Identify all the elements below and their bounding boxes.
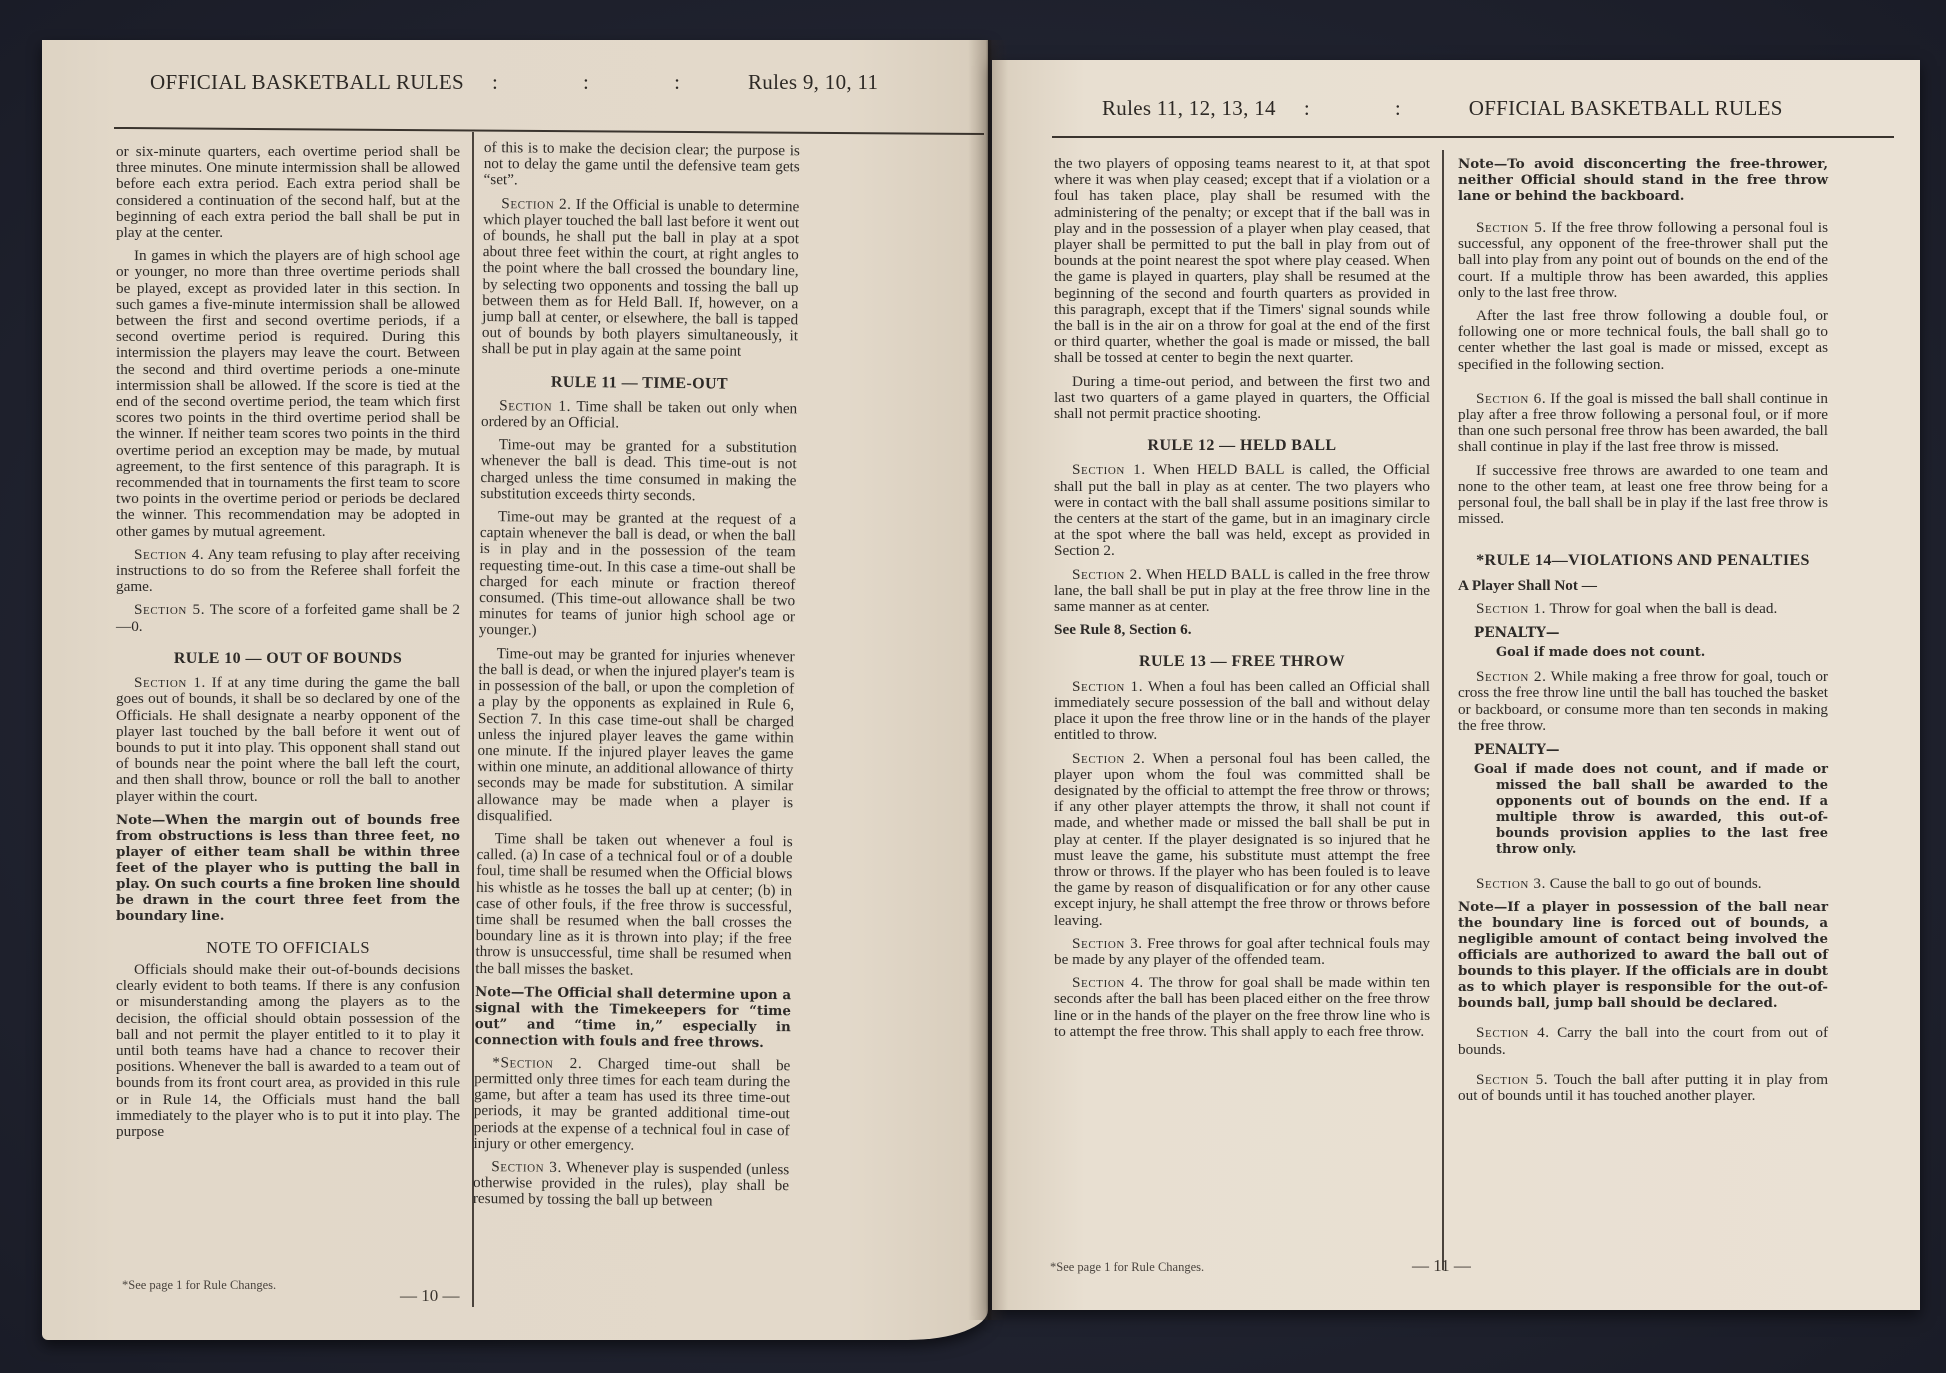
section-label: Section 2. xyxy=(1072,750,1145,767)
rule-14-section-5: Section 5. Touch the ball after putting … xyxy=(1458,1072,1828,1104)
section-text: When a personal foul has been called, th… xyxy=(1054,750,1430,929)
note-to-officials-heading: NOTE TO OFFICIALS xyxy=(116,940,460,956)
section-label: Section 1. xyxy=(1476,600,1546,617)
rule-11-section-1: Section 1. Time shall be taken out only … xyxy=(481,398,797,434)
paragraph: Time-out may be granted for injuries whe… xyxy=(477,646,795,828)
right-page: Rules 11, 12, 13, 14 : : OFFICIAL BASKET… xyxy=(992,60,1920,1310)
rule-14-subheading: A Player Shall Not — xyxy=(1458,578,1828,594)
section-label: Section 3. xyxy=(1476,875,1546,892)
right-running-title: OFFICIAL BASKETBALL RULES xyxy=(1469,96,1783,121)
paragraph: Time shall be taken out whenever a foul … xyxy=(475,831,793,980)
left-running-head: OFFICIAL BASKETBALL RULES : : : Rules 9,… xyxy=(150,70,878,95)
section-text: Charged time-out shall be permitted only… xyxy=(473,1055,790,1153)
right-column-2: Note—To avoid disconcerting the free-thr… xyxy=(1458,156,1828,1111)
paragraph: After the last free throw following a do… xyxy=(1458,308,1828,373)
right-running-head: Rules 11, 12, 13, 14 : : OFFICIAL BASKET… xyxy=(1102,96,1783,121)
right-running-rules: Rules 11, 12, 13, 14 xyxy=(1102,96,1276,121)
rule-13-section-2: Section 2. When a personal foul has been… xyxy=(1054,751,1430,929)
section-label: Section 3. xyxy=(491,1158,562,1176)
rule-13-section-4: Section 4. The throw for goal shall be m… xyxy=(1054,975,1430,1040)
paragraph: of this is to make the decision clear; t… xyxy=(483,140,799,192)
right-column-divider xyxy=(1442,150,1444,1270)
paragraph: Time-out may be granted for a substituti… xyxy=(480,437,797,505)
left-running-rules: Rules 9, 10, 11 xyxy=(748,70,878,95)
section-label: Section 6. xyxy=(1476,390,1546,407)
rule-12-section-2: Section 2. When HELD BALL is called in t… xyxy=(1054,567,1430,616)
left-page: OFFICIAL BASKETBALL RULES : : : Rules 9,… xyxy=(42,40,988,1340)
note-to-officials-text: Officials should make their out-of-bound… xyxy=(116,962,460,1140)
right-page-number: — 11 — xyxy=(1412,1256,1471,1276)
section-label: Section 2. xyxy=(1476,668,1547,685)
section-label: Section 4. xyxy=(1072,974,1144,991)
section-label: Section 1. xyxy=(134,674,206,691)
left-column-1: or six-minute quarters, each overtime pe… xyxy=(116,144,460,1147)
section-label: Section 3. xyxy=(1072,935,1143,952)
paragraph: In games in which the players are of hig… xyxy=(116,248,460,540)
rule-13-heading: RULE 13 — FREE THROW xyxy=(1054,654,1430,670)
rule-11-section-3: Section 3. Whenever play is suspended (u… xyxy=(473,1159,789,1211)
left-footnote: *See page 1 for Rule Changes. xyxy=(122,1278,276,1293)
rule-14-section-1: Section 1. Throw for goal when the ball … xyxy=(1458,601,1828,617)
left-column-2: of this is to make the decision clear; t… xyxy=(473,140,800,1218)
rule-14-section-2: Section 2. While making a free throw for… xyxy=(1458,669,1828,734)
paragraph: the two players of opposing teams neares… xyxy=(1054,156,1430,367)
section-label: Section 4. xyxy=(1476,1024,1550,1041)
section-5: Section 5. The score of a forfeited game… xyxy=(116,602,460,634)
section-label: Section 1. xyxy=(499,397,571,415)
rule-11-note: Note—The Official shall determine upon a… xyxy=(474,984,791,1051)
paragraph: During a time-out period, and between th… xyxy=(1054,374,1430,423)
penalty-text: Goal if made does not count, and if made… xyxy=(1474,762,1828,858)
penalty-text: Goal if made does not count. xyxy=(1474,645,1828,661)
section-label: Section 1. xyxy=(1072,678,1143,695)
right-head-rule xyxy=(1052,136,1894,138)
penalty-label: PENALTY— xyxy=(1474,742,1828,758)
rule-14-note: Note—If a player in possession of the ba… xyxy=(1458,899,1828,1011)
section-label: Section 5. xyxy=(1476,1071,1548,1088)
rule-13-section-1: Section 1. When a foul has been called a… xyxy=(1054,679,1430,744)
left-running-title: OFFICIAL BASKETBALL RULES xyxy=(150,70,464,95)
paragraph: Time-out may be granted at the request o… xyxy=(479,509,796,642)
section-text: Throw for goal when the ball is dead. xyxy=(1550,600,1778,617)
section-label: Section 4. xyxy=(134,546,204,563)
section-label: *Section 2. xyxy=(492,1054,582,1072)
rule-10-heading: RULE 10 — OUT OF BOUNDS xyxy=(116,651,460,667)
right-column-1: the two players of opposing teams neares… xyxy=(1054,156,1430,1047)
left-head-rule xyxy=(114,127,984,135)
section-text: If at any time during the game the ball … xyxy=(116,674,460,804)
paragraph: If successive free throws are awarded to… xyxy=(1458,463,1828,528)
section-label: Section 5. xyxy=(134,601,205,618)
section-label: Section 1. xyxy=(1072,461,1146,478)
section-label: Section 5. xyxy=(1476,219,1547,236)
right-footnote: *See page 1 for Rule Changes. xyxy=(1050,1260,1204,1275)
section-label: Section 2. xyxy=(501,195,571,213)
rule-10-section-2: Section 2. If the Official is unable to … xyxy=(482,196,800,361)
rule-12-section-1: Section 1. When HELD BALL is called, the… xyxy=(1054,462,1430,559)
right-running-separator: : : xyxy=(1304,96,1441,121)
penalty-label: PENALTY— xyxy=(1474,625,1828,641)
section-label: Section 2. xyxy=(1072,566,1142,583)
rule-14-section-4: Section 4. Carry the ball into the court… xyxy=(1458,1025,1828,1057)
section-text: If the Official is unable to determine w… xyxy=(482,196,800,361)
paragraph: or six-minute quarters, each overtime pe… xyxy=(116,144,460,241)
rule-13-note: Note—To avoid disconcerting the free-thr… xyxy=(1458,156,1828,204)
rule-10-note: Note—When the margin out of bounds free … xyxy=(116,812,460,924)
section-4: Section 4. Any team refusing to play aft… xyxy=(116,547,460,596)
left-page-number: — 10 — xyxy=(400,1286,460,1306)
rule-13-section-6: Section 6. If the goal is missed the bal… xyxy=(1458,391,1828,456)
section-text: Cause the ball to go out of bounds. xyxy=(1550,875,1762,892)
rule-14-section-3: Section 3. Cause the ball to go out of b… xyxy=(1458,876,1828,892)
see-rule-reference: See Rule 8, Section 6. xyxy=(1054,622,1430,638)
rule-10-section-1: Section 1. If at any time during the gam… xyxy=(116,675,460,805)
book-gutter xyxy=(968,40,1008,1320)
rule-13-section-5: Section 5. If the free throw following a… xyxy=(1458,220,1828,301)
rule-13-section-3: Section 3. Free throws for goal after te… xyxy=(1054,936,1430,968)
rule-11-section-2: *Section 2. Charged time-out shall be pe… xyxy=(473,1055,790,1156)
rule-14-heading: *RULE 14—VIOLATIONS AND PENALTIES xyxy=(1458,553,1828,569)
rule-12-heading: RULE 12 — HELD BALL xyxy=(1054,438,1430,454)
rule-11-heading: RULE 11 — TIME-OUT xyxy=(481,374,797,394)
left-running-separator: : : : xyxy=(492,70,720,95)
